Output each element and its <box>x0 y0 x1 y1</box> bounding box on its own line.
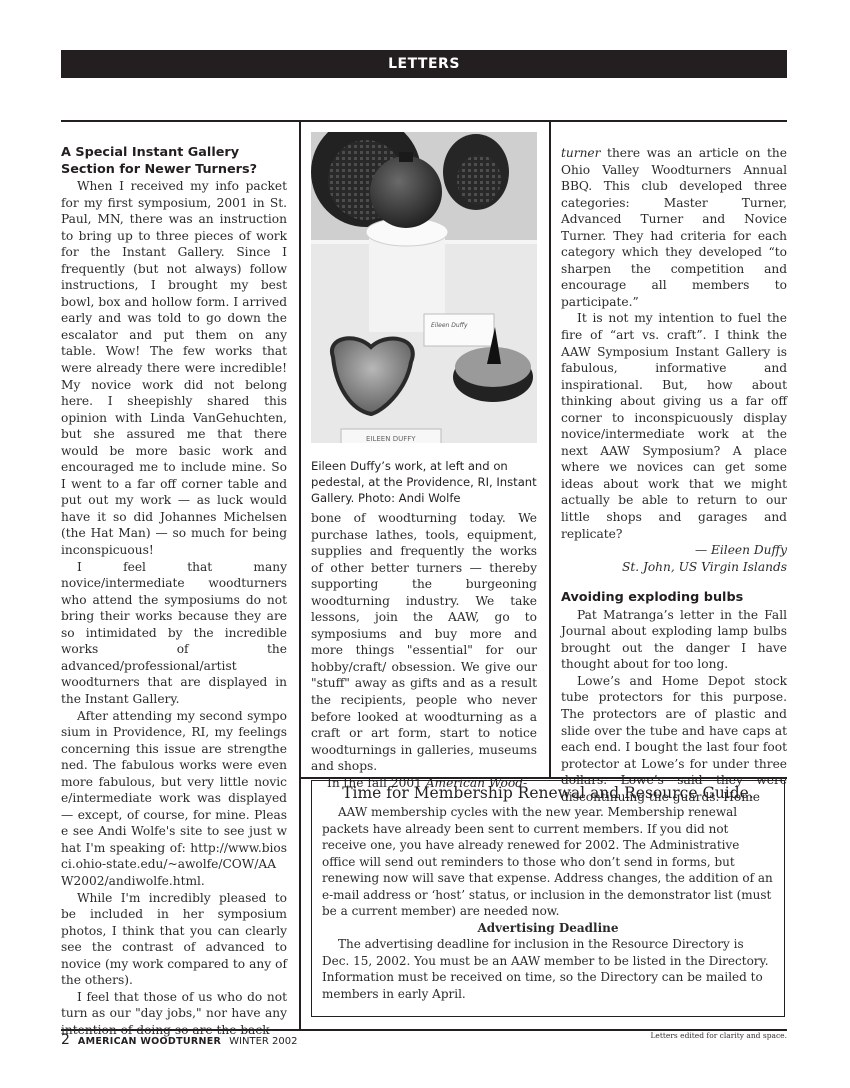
middle-column: bone of woodturning today. We purchase l… <box>311 510 537 791</box>
woodturning-photo: Eileen Duffy EILEEN DUFFY <box>311 132 537 443</box>
editorial-note: Letters edited for clarity and space. <box>560 1031 787 1040</box>
paragraph-text: there was an article on the Ohio Valley … <box>561 146 787 309</box>
top-rule <box>61 120 787 122</box>
page-footer: 2AMERICAN WOODTURNERWINTER 2002 <box>61 1032 297 1048</box>
svg-text:Eileen Duffy: Eileen Duffy <box>431 322 468 329</box>
magazine-name: AMERICAN WOODTURNER <box>78 1036 221 1047</box>
letter-paragraph: When I received my info packet for my fi… <box>61 178 287 559</box>
signature-name: — Eileen Duffy <box>561 542 787 559</box>
photo-caption: Eileen Duffy’s work, at left and on pede… <box>311 458 537 506</box>
notice-paragraph: The advertising deadline for inclusion i… <box>322 936 774 1002</box>
magazine-title: turner <box>561 146 600 160</box>
column-divider-left <box>299 120 301 1030</box>
letter-paragraph: bone of woodturning today. We purchase l… <box>311 510 537 775</box>
letter-paragraph: I feel that those of us who do not turn … <box>61 989 287 1039</box>
notice-paragraph: AAW membership cycles with the new year.… <box>322 804 774 920</box>
section-title: LETTERS <box>388 56 460 72</box>
notice-subheading: Advertising Deadline <box>322 920 774 937</box>
letter-paragraph: While I'm incredibly pleased to be inclu… <box>61 890 287 989</box>
letter-paragraph: I feel that many novice/intermediate woo… <box>61 559 287 708</box>
letter-headline: Avoiding exploding bulbs <box>561 590 787 607</box>
svg-text:EILEEN DUFFY: EILEEN DUFFY <box>366 435 416 443</box>
membership-notice-box: Time for Membership Renewal and Resource… <box>311 780 785 1017</box>
section-header-bar: LETTERS <box>61 50 787 78</box>
notice-title: Time for Membership Renewal and Resource… <box>322 783 774 803</box>
photo-illustration: Eileen Duffy EILEEN DUFFY <box>311 132 537 443</box>
column-divider-right <box>549 120 551 778</box>
letter-headline: A Special Instant Gallery Section for Ne… <box>61 145 287 178</box>
letter-paragraph: After attending my second symposium in P… <box>61 708 287 890</box>
issue-label: WINTER 2002 <box>229 1036 297 1047</box>
right-column: turner there was an article on the Ohio … <box>561 145 787 805</box>
left-column: A Special Instant Gallery Section for Ne… <box>61 145 287 1038</box>
letter-paragraph: It is not my intention to fuel the fire … <box>561 310 787 542</box>
letter-paragraph: Pat Matranga’s letter in the Fall Journa… <box>561 607 787 673</box>
signature-location: St. John, US Virgin Islands <box>561 559 787 576</box>
letter-paragraph: turner there was an article on the Ohio … <box>561 145 787 310</box>
page-number: 2 <box>61 1032 70 1048</box>
